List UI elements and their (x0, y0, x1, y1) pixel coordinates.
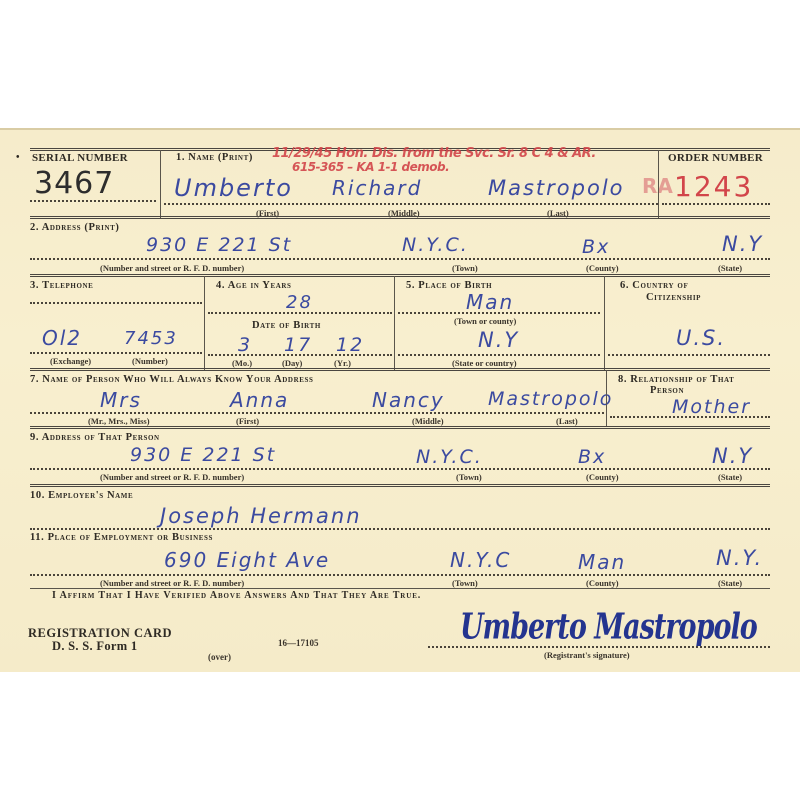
contact-address-state: N.Y (712, 444, 753, 468)
citizenship-value: U.S. (676, 326, 726, 350)
birthplace-town-caption: (Town or county) (454, 316, 516, 326)
name-label: 1. Name (Print) (176, 152, 253, 163)
divider (604, 276, 605, 370)
employment-county-caption: (County) (586, 578, 619, 588)
dob-dotted-line (208, 354, 392, 356)
rule (30, 368, 770, 371)
address-street: 930 E 221 St (146, 234, 292, 256)
address-state: N.Y (722, 232, 763, 256)
affirmation-text: I Affirm That I Have Verified Above Answ… (52, 590, 421, 601)
birthplace-town: Man (466, 290, 514, 314)
address-state-caption: (State) (718, 263, 742, 273)
birthplace-state: N.Y (478, 328, 519, 352)
order-number-value: 1243 (674, 170, 753, 203)
dob-month: 3 (238, 334, 252, 356)
contact-address-state-caption: (State) (718, 472, 742, 482)
employment-state: N.Y. (716, 546, 763, 570)
form-code: 16—17105 (278, 638, 319, 648)
employment-state-caption: (State) (718, 578, 742, 588)
contact-middle: Nancy (372, 388, 445, 412)
form-number: D. S. S. Form 1 (52, 639, 137, 654)
rule (30, 588, 770, 589)
age-label: 4. Age in Years (216, 280, 292, 291)
citizenship-label-1: 6. Country of (620, 280, 688, 291)
birthplace-dotted-line-2 (398, 354, 600, 356)
serial-dotted-line (30, 200, 156, 202)
contact-address-county: Bx (578, 446, 606, 468)
employment-label: 11. Place of Employment or Business (30, 532, 213, 543)
divider (204, 276, 205, 370)
address-town-caption: (Town) (452, 263, 478, 273)
dob-day: 17 (284, 334, 312, 356)
address-street-caption: (Number and street or R. F. D. number) (100, 263, 244, 273)
rule (30, 484, 770, 487)
contact-person-label: 7. Name of Person Who Will Always Know Y… (30, 374, 314, 385)
contact-dotted-line (30, 412, 604, 414)
employment-dotted-line (30, 574, 770, 576)
contact-address-county-caption: (County) (586, 472, 619, 482)
name-first: Umberto (174, 174, 293, 202)
dob-year-caption: (Yr.) (334, 358, 351, 368)
rule (30, 274, 770, 277)
order-dotted-line (662, 203, 770, 205)
dob-year: 12 (336, 334, 364, 356)
contact-address-label: 9. Address of That Person (30, 432, 160, 443)
rule (30, 426, 770, 429)
red-annotation-line-1: 11/29/45 Hon. Dis. from the Svc. Sr. 8 C… (272, 146, 596, 161)
name-last: Mastropolo (488, 176, 625, 200)
telephone-label: 3. Telephone (30, 280, 93, 291)
order-number-label: ORDER NUMBER (668, 152, 763, 164)
address-county-caption: (County) (586, 263, 619, 273)
address-town: N.Y.C. (402, 234, 469, 256)
age-value: 28 (286, 292, 313, 313)
contact-address-dotted-line (30, 468, 770, 470)
contact-title-caption: (Mr., Mrs., Miss) (88, 416, 150, 426)
relationship-label-2: Person (650, 385, 684, 396)
registration-card: • SERIAL NUMBER 3467 1. Name (Print) 11/… (0, 128, 800, 672)
serial-number-value: 3467 (34, 166, 114, 201)
relationship-value: Mother (672, 396, 751, 418)
birthplace-state-caption: (State or country) (452, 358, 517, 368)
rule (30, 216, 770, 219)
date-of-birth-label: Date of Birth (252, 320, 321, 331)
employment-town-caption: (Town) (452, 578, 478, 588)
contact-middle-caption: (Middle) (412, 416, 444, 426)
age-dotted-line (208, 312, 392, 314)
employer-value: Joseph Hermann (160, 504, 362, 528)
contact-address-street: 930 E 221 St (130, 444, 276, 466)
divider (658, 150, 659, 218)
contact-first: Anna (230, 388, 289, 412)
telephone-dotted-line-1 (30, 302, 202, 304)
divider (606, 370, 607, 426)
name-dotted-line (164, 203, 658, 205)
contact-title: Mrs (100, 388, 142, 412)
employment-county: Man (578, 550, 626, 574)
address-label: 2. Address (Print) (30, 222, 119, 233)
employment-street: 690 Eight Ave (164, 548, 330, 572)
address-county: Bx (582, 236, 610, 258)
citizenship-dotted-line (608, 354, 770, 356)
telephone-dotted-line-2 (30, 352, 202, 354)
over-note: (over) (208, 652, 231, 662)
name-middle: Richard (332, 176, 422, 200)
contact-address-town-caption: (Town) (456, 472, 482, 482)
registrant-signature: Umberto Mastropolo (460, 607, 757, 647)
contact-last-caption: (Last) (556, 416, 578, 426)
contact-first-caption: (First) (236, 416, 259, 426)
relationship-dotted-line (610, 416, 770, 418)
employment-street-caption: (Number and street or R. F. D. number) (100, 578, 244, 588)
address-dotted-line (30, 258, 770, 260)
telephone-exchange-caption: (Exchange) (50, 356, 91, 366)
telephone-number-caption: (Number) (132, 356, 168, 366)
employer-dotted-line (30, 528, 770, 530)
employment-town: N.Y.C (450, 548, 511, 572)
employer-label: 10. Employer's Name (30, 490, 133, 501)
birthplace-dotted-line-1 (398, 312, 600, 314)
dob-month-caption: (Mo.) (232, 358, 252, 368)
serial-number-label: SERIAL NUMBER (32, 152, 128, 164)
contact-address-town: N.Y.C. (416, 446, 483, 468)
bullet-dot: • (16, 152, 20, 163)
telephone-exchange: Ol2 (42, 326, 82, 350)
red-annotation-line-2: 615-365 – KA 1-1 demob. (292, 160, 449, 174)
dob-day-caption: (Day) (282, 358, 302, 368)
citizenship-label-2: Citizenship (646, 292, 701, 303)
signature-dotted-line (428, 646, 770, 648)
contact-last: Mastropolo (488, 388, 613, 410)
divider (394, 276, 395, 370)
signature-caption: (Registrant's signature) (544, 650, 630, 660)
relationship-label-1: 8. Relationship of That (618, 374, 734, 385)
telephone-number: 7453 (124, 328, 178, 349)
divider (160, 150, 161, 218)
contact-address-street-caption: (Number and street or R. F. D. number) (100, 472, 244, 482)
